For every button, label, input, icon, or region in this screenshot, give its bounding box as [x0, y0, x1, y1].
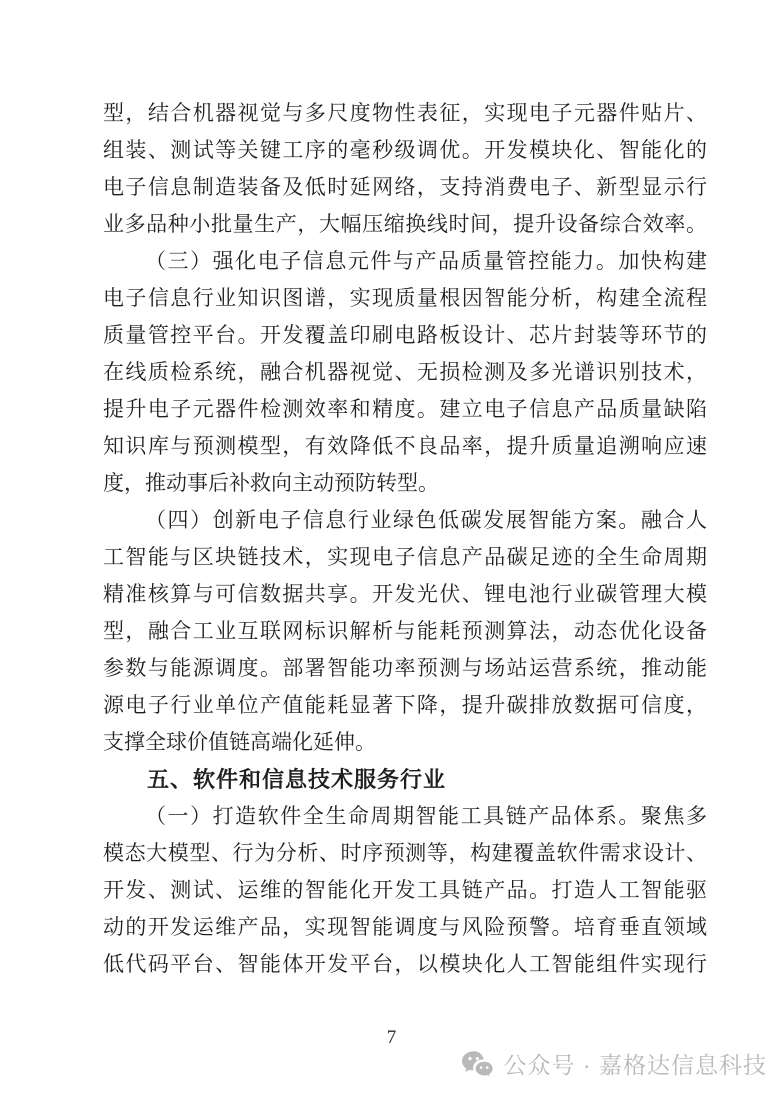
text-line: 电子信息制造装备及低时延网络，支持消费电子、新型显示行: [103, 169, 707, 206]
text-line: 低代码平台、智能体开发平台，以模块化人工智能组件实现行: [103, 946, 707, 983]
text-line: 模态大模型、行为分析、时序预测等，构建覆盖软件需求设计、: [103, 835, 707, 872]
text-line: （一）打造软件全生命周期智能工具链产品体系。聚焦多: [103, 798, 707, 835]
text-line: 开发、测试、运维的智能化开发工具链产品。打造人工智能驱: [103, 872, 707, 909]
watermark-text: 公众号 · 嘉格达信息科技: [504, 1051, 767, 1079]
text-line: 知识库与预测模型，有效降低不良品率，提升质量追溯响应速: [103, 428, 707, 465]
document-body: 型，结合机器视觉与多尺度物性表征，实现电子元器件贴片、组装、测试等关键工序的毫秒…: [103, 95, 707, 983]
text-line: 业多品种小批量生产，大幅压缩换线时间，提升设备综合效率。: [103, 206, 707, 243]
text-line: 电子信息行业知识图谱，实现质量根因智能分析，构建全流程: [103, 280, 707, 317]
section-heading: 五、软件和信息技术服务行业: [103, 761, 707, 798]
text-line: 型，结合机器视觉与多尺度物性表征，实现电子元器件贴片、: [103, 95, 707, 132]
text-line: 度，推动事后补救向主动预防转型。: [103, 465, 707, 502]
text-line: 动的开发运维产品，实现智能调度与风险预警。培育垂直领域: [103, 909, 707, 946]
text-line: 精准核算与可信数据共享。开发光伏、锂电池行业碳管理大模: [103, 576, 707, 613]
text-line: 组装、测试等关键工序的毫秒级调优。开发模块化、智能化的: [103, 132, 707, 169]
watermark: 公众号 · 嘉格达信息科技: [461, 1050, 767, 1079]
page-number: 7: [0, 1028, 783, 1048]
text-line: 源电子行业单位产值能耗显著下降，提升碳排放数据可信度，: [103, 687, 707, 724]
text-line: 支撑全球价值链高端化延伸。: [103, 724, 707, 761]
text-line: 工智能与区块链技术，实现电子信息产品碳足迹的全生命周期: [103, 539, 707, 576]
text-line: （四）创新电子信息行业绿色低碳发展智能方案。融合人: [103, 502, 707, 539]
text-line: （三）强化电子信息元件与产品质量管控能力。加快构建: [103, 243, 707, 280]
document-page: 型，结合机器视觉与多尺度物性表征，实现电子元器件贴片、组装、测试等关键工序的毫秒…: [0, 0, 783, 1102]
text-line: 在线质检系统，融合机器视觉、无损检测及多光谱识别技术，: [103, 354, 707, 391]
wechat-icon: [461, 1050, 495, 1079]
text-line: 型，融合工业互联网标识解析与能耗预测算法，动态优化设备: [103, 613, 707, 650]
text-line: 提升电子元器件检测效率和精度。建立电子信息产品质量缺陷: [103, 391, 707, 428]
text-line: 参数与能源调度。部署智能功率预测与场站运营系统，推动能: [103, 650, 707, 687]
text-line: 质量管控平台。开发覆盖印刷电路板设计、芯片封装等环节的: [103, 317, 707, 354]
